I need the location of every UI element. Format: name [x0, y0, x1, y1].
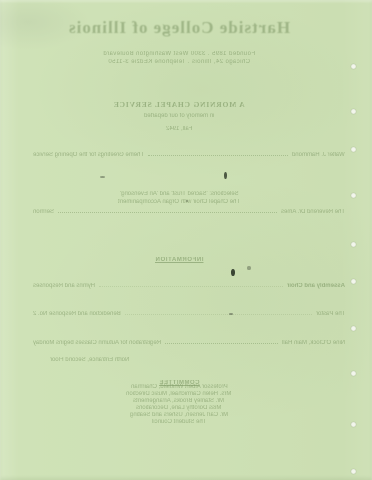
ink-speck	[186, 200, 188, 202]
dotted-leader	[148, 155, 288, 156]
punch-hole	[351, 371, 356, 376]
notice-line-3: Fall, 1942	[0, 117, 358, 135]
row-value: The Pastor	[316, 311, 345, 317]
row-value: Assembly and Choir	[287, 283, 345, 289]
letterhead-title: Hartside College of Illinois	[0, 18, 358, 38]
row-value: Nine O'Clock, Main Hall	[282, 340, 345, 346]
ink-speck	[224, 172, 227, 179]
program-row: Theme Greetings for the Opening Service …	[33, 152, 345, 158]
footer-line: Miss Dorothy Lane, Decorations	[0, 401, 358, 408]
ink-speck	[100, 176, 105, 178]
dotted-leader	[99, 286, 283, 287]
program-row: Registration for Autumn Classes begins M…	[33, 340, 345, 346]
punch-hole	[351, 109, 356, 114]
punch-hole	[351, 422, 356, 427]
dotted-leader	[58, 212, 277, 213]
dotted-leader	[165, 343, 278, 344]
punch-hole	[351, 326, 356, 331]
program-row-note: North Entrance, Second Floor	[50, 348, 129, 366]
punch-hole	[351, 279, 356, 284]
row-label: Theme Greetings for the Opening Service	[33, 152, 144, 158]
footer-line: Mr. Carl Jensen, Ushers and Seating	[0, 408, 358, 415]
scanned-page: Hartside College of Illinois Founded 189…	[0, 0, 372, 480]
dotted-leader	[125, 314, 312, 315]
punch-hole	[351, 469, 356, 474]
row-label: Sermon	[33, 209, 54, 215]
footer-line: The Student Council	[0, 415, 358, 422]
section-heading: INFORMATION	[0, 248, 358, 266]
row-value: Walter J. Hammond	[292, 152, 345, 158]
punch-hole	[351, 64, 356, 69]
program-row: Hymns and Responses Assembly and Choir	[33, 283, 345, 289]
college-title-text: Hartside College of Illinois	[68, 18, 290, 38]
row-label: Hymns and Responses	[33, 283, 95, 289]
ink-speck	[231, 269, 235, 276]
ink-speck	[229, 313, 233, 315]
row-value: The Reverend Dr. Ames	[281, 209, 345, 215]
punch-hole	[351, 193, 356, 198]
interlude-line-2: The Chapel Choir with Organ Accompanimen…	[0, 190, 358, 208]
punch-hole	[351, 242, 356, 247]
program-row: Benediction and Response No. 2 The Pasto…	[33, 311, 345, 317]
footer-line: Mrs. Helen Carmichael, Music Direction	[0, 387, 358, 394]
row-label: Benediction and Response No. 2	[33, 311, 121, 317]
footer-line: Professor Albert Whitfield, Chairman	[0, 380, 358, 387]
row-label: Registration for Autumn Classes begins M…	[33, 340, 161, 346]
ink-speck	[247, 266, 251, 270]
footer-line: Mr. Stanley Brooks, Arrangements	[0, 394, 358, 401]
program-row: Sermon The Reverend Dr. Ames	[33, 209, 345, 215]
punch-hole	[351, 147, 356, 152]
letterhead-subtitle-2: Chicago 24, Illinois . Telephone KEdzie …	[0, 50, 358, 68]
